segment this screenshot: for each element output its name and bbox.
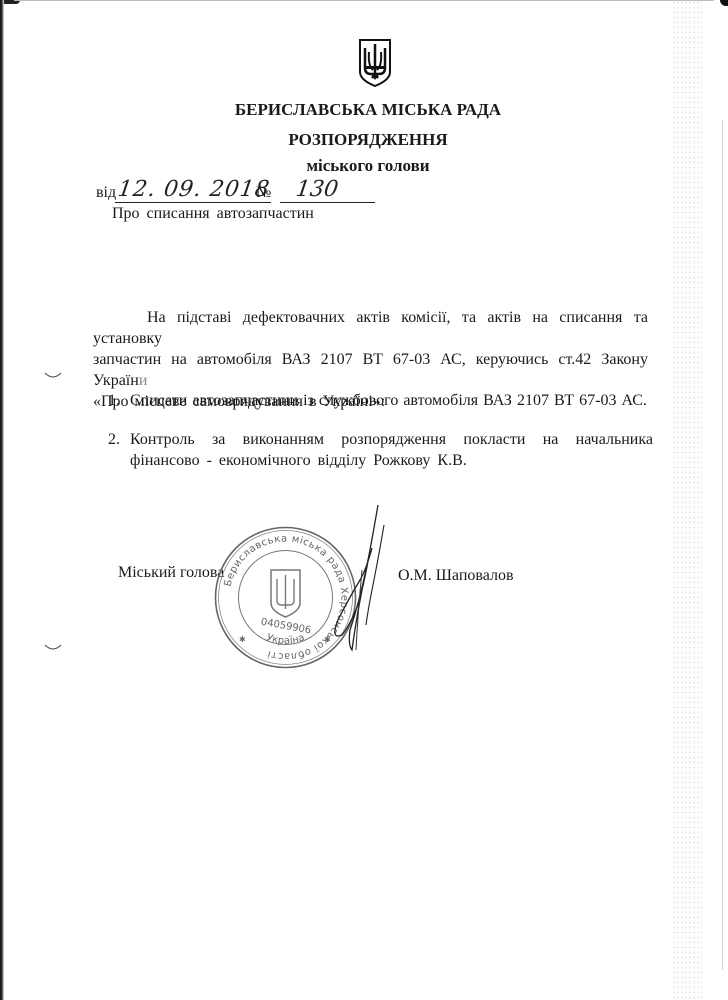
handwritten-date: 12. 09. 2018 bbox=[116, 177, 271, 202]
document-type: РОЗПОРЯДЖЕННЯ bbox=[4, 130, 728, 150]
item-number: 2. bbox=[108, 429, 120, 450]
handwritten-signature bbox=[320, 500, 390, 660]
scan-right-corner bbox=[720, 0, 728, 6]
council-name: БЕРИСЛАВСЬКА МІСЬКА РАДА bbox=[4, 100, 728, 120]
scan-right-line bbox=[722, 120, 723, 970]
document-subject: Про списання автозапчастин bbox=[112, 205, 314, 223]
item-text: Контроль за виконанням розпорядження пок… bbox=[130, 431, 653, 469]
order-item-2: 2. Контроль за виконанням розпорядження … bbox=[108, 429, 653, 471]
date-number-row: від 12. 09. 2018 № 130 bbox=[96, 180, 396, 206]
order-item-1: 1. Списати автозапчастини із службового … bbox=[108, 390, 653, 411]
signatory-role: Міський голова bbox=[118, 564, 224, 582]
document-issuer: міського голови bbox=[4, 156, 728, 176]
preamble-line-2-cut: и bbox=[139, 372, 148, 389]
stamp-code: 04059906 bbox=[260, 617, 312, 637]
scan-top-edge bbox=[14, 0, 714, 1]
handwritten-number: 130 bbox=[294, 177, 340, 202]
item-number: 1. bbox=[108, 390, 120, 411]
order-items: 1. Списати автозапчастини із службового … bbox=[108, 390, 653, 471]
coat-of-arms-icon bbox=[358, 38, 392, 88]
number-underline bbox=[280, 202, 375, 203]
date-underline bbox=[115, 202, 271, 203]
item-text: Списати автозапчастини із службового авт… bbox=[130, 392, 647, 409]
stamp-star-icon: ✱ bbox=[239, 635, 246, 644]
number-label: № bbox=[256, 184, 271, 202]
punch-hole-mark-icon bbox=[44, 644, 62, 652]
preamble-line-1: На підставі дефектовачних актів комісії,… bbox=[93, 309, 648, 347]
scan-noise-strip bbox=[672, 0, 702, 1000]
signatory-name: О.М. Шаповалов bbox=[398, 567, 514, 585]
scan-left-edge bbox=[0, 0, 4, 1000]
punch-hole-mark-icon bbox=[44, 372, 62, 380]
preamble-line-2: запчастин на автомобіля ВАЗ 2107 ВТ 67-0… bbox=[93, 351, 648, 389]
date-prefix: від bbox=[96, 184, 116, 202]
